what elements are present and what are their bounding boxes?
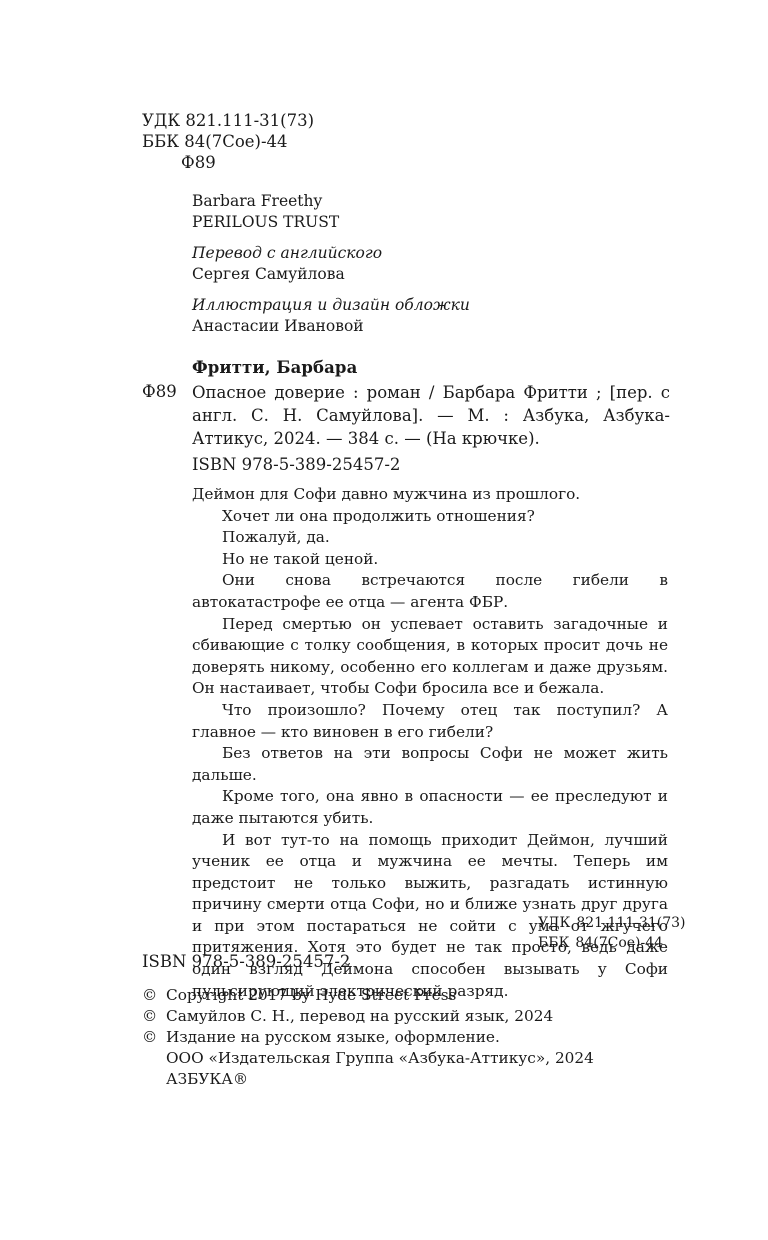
bbk-line: ББК84(7Сое)-44 [538, 933, 686, 953]
annotation-paragraph: Но не такой ценой. [192, 549, 668, 571]
translation-credit: Перевод с английского Сергея Самуйлова [192, 243, 382, 285]
bbk-label: ББК [142, 132, 179, 151]
annotation-paragraph: Пожалуй, да. [192, 527, 668, 549]
copyright-icon: © [142, 985, 166, 1006]
copyright-line: © Copyright 2017 by Hyde Street Press [142, 985, 594, 1006]
udk-code: 821.111-31(73) [185, 111, 314, 130]
original-author: Barbara Freethy [192, 191, 339, 212]
isbn-footer: ISBN 978-5-389-25457-2 [142, 952, 350, 971]
original-edition: Barbara Freethy PERILOUS TRUST [192, 191, 339, 233]
udk-code: 821.111-31(73) [576, 915, 685, 931]
annotation-paragraph: Деймон для Софи давно мужчина из прошлог… [192, 484, 668, 506]
original-title: PERILOUS TRUST [192, 212, 339, 233]
copyright-text: Copyright 2017 by Hyde Street Press [166, 985, 456, 1006]
translator-name: Сергея Самуйлова [192, 264, 382, 285]
bibliographic-author-heading: Фритти, Барбара [192, 357, 357, 379]
bbk-code: 84(7Сое)-44 [184, 132, 287, 151]
bbk-line: ББК 84(7Сое)-44 [142, 131, 314, 152]
copyright-icon: © [142, 1006, 166, 1027]
bbk-code: 84(7Сое)-44 [575, 935, 663, 951]
annotation-paragraph: Что произошло? Почему отец так поступил?… [192, 700, 668, 743]
illustrator-name: Анастасии Ивановой [192, 316, 470, 337]
illustration-label: Иллюстрация и дизайн обложки [192, 295, 470, 316]
copyright-line: © Самуйлов С. Н., перевод на русский язы… [142, 1006, 594, 1027]
annotation-paragraph: Они снова встречаются после гибели в авт… [192, 570, 668, 613]
copyright-line: © Издание на русском языке, оформление. [142, 1027, 594, 1048]
copyright-text: Издание на русском языке, оформление. [166, 1027, 500, 1048]
translation-label: Перевод с английского [192, 243, 382, 264]
annotation-paragraph: Без ответов на эти вопросы Софи не может… [192, 743, 668, 786]
copyright-text: Самуйлов С. Н., перевод на русский язык,… [166, 1006, 553, 1027]
bibliographic-author-mark: Ф89 [142, 381, 177, 403]
udk-label: УДК [538, 915, 570, 931]
udk-label: УДК [142, 111, 180, 130]
annotation-paragraph: Перед смертью он успевает оставить загад… [192, 614, 668, 700]
classification-codes: УДК 821.111-31(73) ББК 84(7Сое)-44 [142, 110, 314, 152]
bibliographic-description: Опасное доверие : роман / Барбара Фритти… [192, 381, 670, 450]
imprint-logo-text: АЗБУКА® [142, 1069, 594, 1090]
illustration-credit: Иллюстрация и дизайн обложки Анастасии И… [192, 295, 470, 337]
bbk-label: ББК [538, 935, 569, 951]
isbn-bibliographic: ISBN 978-5-389-25457-2 [192, 454, 400, 476]
copyright-block: © Copyright 2017 by Hyde Street Press © … [142, 985, 594, 1090]
publisher-line: ООО «Издательская Группа «Азбука-Аттикус… [142, 1048, 594, 1069]
annotation-paragraph: Кроме того, она явно в опасности — ее пр… [192, 786, 668, 829]
udk-line: УДК 821.111-31(73) [142, 110, 314, 131]
udk-line: УДК821.111-31(73) [538, 913, 686, 933]
annotation-paragraph: Хочет ли она продолжить отношения? [192, 506, 668, 528]
author-mark: Ф89 [181, 152, 216, 174]
annotation-classification: УДК821.111-31(73) ББК84(7Сое)-44 [538, 913, 686, 953]
copyright-icon: © [142, 1027, 166, 1048]
